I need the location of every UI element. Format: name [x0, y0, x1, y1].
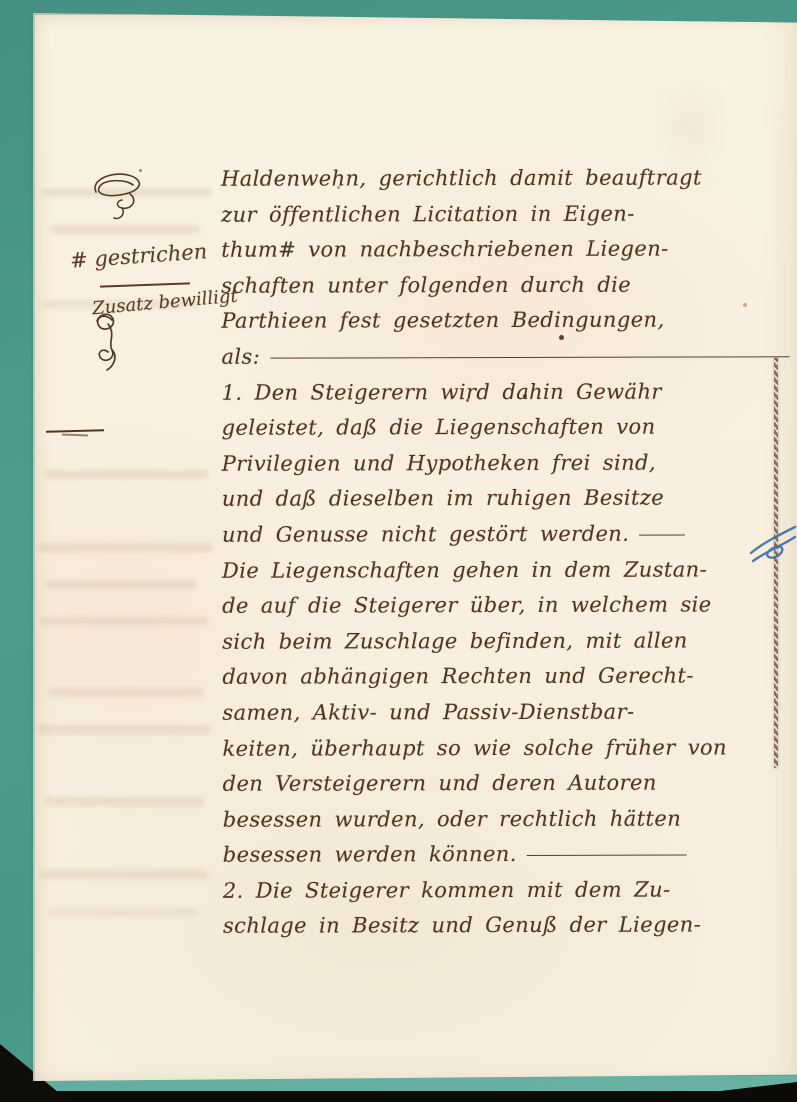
bleedthrough-line [48, 688, 203, 697]
line-text: samen, Aktiv- und Passiv-Dienstbar- [222, 700, 634, 725]
line-text: und daß dieselben im ruhigen Besitze [222, 486, 664, 511]
line-text: 1. Den Steigerern wird dahin Gewähr [222, 379, 662, 404]
line-text: Privilegien und Hypotheken frei sind, [222, 450, 656, 475]
handwritten-line: zur öffentlichen Licitation in Eigen- [221, 201, 789, 238]
scanned-document-page: # gestrichen Zusatz bewilligt Haldenwehn… [0, 0, 797, 1102]
written-rule [527, 855, 687, 856]
handwritten-line: keiten, überhaupt so wie solche früher v… [222, 735, 790, 772]
line-text: thum# von nachbeschriebenen Liegen- [221, 237, 668, 262]
line-text: zur öffentlichen Licitation in Eigen- [221, 201, 635, 226]
handwritten-line: 1. Den Steigerern wird dahin Gewähr [222, 379, 790, 416]
written-rule [270, 356, 789, 358]
handwritten-line: de auf die Steigerer über, in welchem si… [222, 592, 790, 629]
handwritten-line: besessen werden können. [223, 842, 791, 879]
margin-dash-mark [46, 428, 106, 436]
handwritten-line: Parthieen fest gesetzten Bedingungen, [221, 308, 789, 345]
line-text: davon abhängigen Rechten und Gerecht- [222, 664, 694, 689]
line-text: keiten, überhaupt so wie solche früher v… [222, 735, 726, 760]
handwritten-line: und daß dieselben im ruhigen Besitze [222, 486, 790, 523]
bleedthrough-line [44, 797, 204, 806]
handwritten-line: thum# von nachbeschriebenen Liegen- [221, 236, 789, 273]
line-text: als: [221, 345, 260, 369]
bleedthrough-line [48, 908, 198, 917]
line-text: Parthieen fest gesetzten Bedingungen, [221, 308, 664, 333]
handwritten-line: Privilegien und Hypotheken frei sind, [222, 450, 790, 487]
manuscript-body-text: Haldenwehn, gerichtlich damit beauftragt… [221, 165, 791, 950]
line-text: besessen wurden, oder rechtlich hätten [223, 806, 681, 831]
line-text: de auf die Steigerer über, in welchem si… [222, 593, 712, 618]
line-text: Die Liegenschaften gehen in dem Zustan- [222, 557, 707, 582]
bleedthrough-line [38, 725, 210, 734]
handwritten-line: als: [221, 343, 789, 380]
bleedthrough-line [38, 543, 213, 552]
handwritten-line: schaften unter folgenden durch die [221, 272, 789, 309]
line-text: sich beim Zuschlage befinden, mit allen [222, 628, 688, 653]
line-text: und Genusse nicht gestört werden. [222, 522, 629, 547]
bleedthrough-line [46, 580, 196, 589]
handwritten-line: 2. Die Steigerer kommen mit dem Zu- [223, 877, 791, 914]
handwritten-line: Die Liegenschaften gehen in dem Zustan- [222, 557, 790, 594]
written-rule [639, 534, 685, 535]
line-text: schaften unter folgenden durch die [221, 272, 631, 297]
handwritten-line: und Genusse nicht gestört werden. [222, 521, 790, 558]
bleedthrough-line [44, 470, 209, 479]
handwritten-line: sich beim Zuschlage befinden, mit allen [222, 628, 790, 665]
blue-thread-knot-icon [747, 519, 797, 577]
line-text: den Versteigerern und deren Autoren [223, 771, 657, 796]
line-text: geleistet, daß die Liegenschaften von [222, 415, 656, 440]
margin-flourish-icon [86, 166, 148, 230]
handwritten-line: den Versteigerern und deren Autoren [223, 770, 791, 807]
bleedthrough-line [40, 870, 208, 879]
bleedthrough-line [40, 617, 208, 626]
handwritten-line: schlage in Besitz und Genuß der Liegen- [223, 913, 791, 950]
line-text: 2. Die Steigerer kommen mit dem Zu- [223, 877, 671, 902]
line-text: schlage in Besitz und Genuß der Liegen- [223, 913, 701, 938]
handwritten-line: davon abhängigen Rechten und Gerecht- [222, 664, 790, 701]
handwritten-line: besessen wurden, oder rechtlich hätten [223, 806, 791, 843]
line-text: besessen werden können. [223, 842, 517, 867]
handwritten-line: Haldenwehn, gerichtlich damit beauftragt [221, 165, 789, 202]
margin-paraph-icon [90, 310, 138, 376]
handwritten-line: samen, Aktiv- und Passiv-Dienstbar- [222, 699, 790, 736]
handwritten-line: geleistet, daß die Liegenschaften von [222, 414, 790, 451]
line-text: Haldenwehn, gerichtlich damit beauftragt [221, 165, 702, 190]
